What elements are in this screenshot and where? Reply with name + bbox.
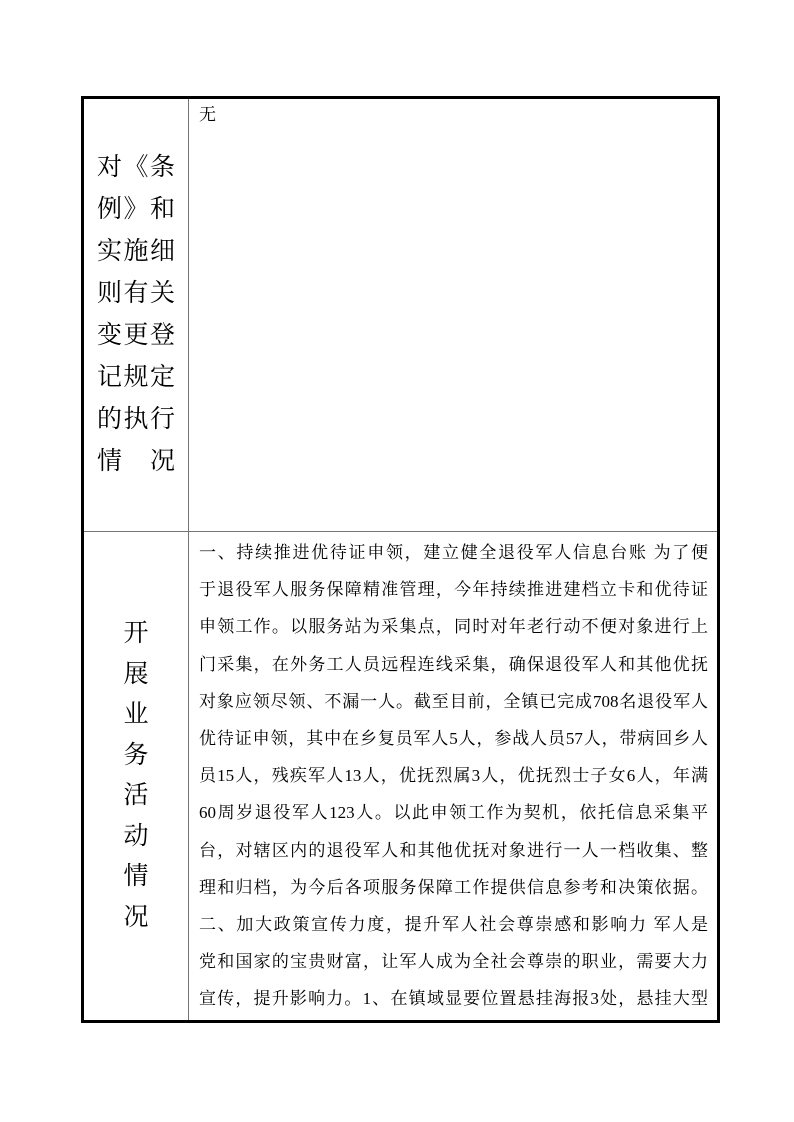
regulation-label-cell: 对《条 例》和 实施细 则有关 变更登 记规定 的执行 情况 bbox=[84, 99, 189, 532]
document-page: 对《条 例》和 实施细 则有关 变更登 记规定 的执行 情况 无 开 展 业 务… bbox=[0, 0, 794, 1122]
regulation-label-line: 记规定 bbox=[97, 357, 175, 399]
content-line: 对象应领尽领、不漏一人。截至目前，全镇已完成708名退役军人 bbox=[199, 683, 708, 720]
content-line: 一、持续推进优待证申领，建立健全退役军人信息台账 为了便 bbox=[199, 534, 708, 571]
regulation-label: 对《条 例》和 实施细 则有关 变更登 记规定 的执行 情况 bbox=[97, 147, 175, 483]
business-label-char: 务 bbox=[97, 736, 175, 777]
regulation-content-text: 无 bbox=[199, 103, 708, 126]
business-label-char: 开 bbox=[97, 614, 175, 655]
content-line: 台，对辖区内的退役军人和其他优抚对象进行一人一档收集、整 bbox=[199, 832, 708, 869]
report-table: 对《条 例》和 实施细 则有关 变更登 记规定 的执行 情况 无 开 展 业 务… bbox=[81, 96, 720, 1023]
business-label-char: 情 bbox=[97, 857, 175, 898]
business-label-char: 活 bbox=[97, 776, 175, 817]
business-label-char: 况 bbox=[97, 898, 175, 939]
business-label: 开 展 业 务 活 动 情 况 bbox=[97, 614, 175, 938]
content-line: 党和国家的宝贵财富，让军人成为全社会尊崇的职业，需要大力 bbox=[199, 943, 708, 980]
regulation-label-line: 则有关 bbox=[97, 273, 175, 315]
content-line: 宣传，提升影响力。1、在镇域显要位置悬挂海报3处，悬挂大型 bbox=[199, 980, 708, 1017]
regulation-label-line: 情况 bbox=[97, 441, 175, 483]
content-line: 优待证申领，其中在乡复员军人5人，参战人员57人，带病回乡人 bbox=[199, 720, 708, 757]
content-line: 员15人，残疾军人13人，优抚烈属3人，优抚烈士子女6人，年满 bbox=[199, 757, 708, 794]
regulation-label-line: 例》和 bbox=[97, 189, 175, 231]
content-line: 60周岁退役军人123人。以此申领工作为契机，依托信息采集平 bbox=[199, 794, 708, 831]
regulation-label-line: 变更登 bbox=[97, 315, 175, 357]
content-line: 于退役军人服务保障精准管理，今年持续推进建档立卡和优待证 bbox=[199, 571, 708, 608]
business-content-cell: 一、持续推进优待证申领，建立健全退役军人信息台账 为了便 于退役军人服务保障精准… bbox=[189, 532, 717, 1020]
business-label-char: 动 bbox=[97, 817, 175, 858]
business-label-char: 业 bbox=[97, 695, 175, 736]
content-line: 申领工作。以服务站为采集点，同时对年老行动不便对象进行上 bbox=[199, 608, 708, 645]
content-line: 理和归档，为今后各项服务保障工作提供信息参考和决策依据。 bbox=[199, 869, 708, 906]
business-label-char: 展 bbox=[97, 655, 175, 696]
content-line: 二、加大政策宣传力度，提升军人社会尊崇感和影响力 军人是 bbox=[199, 906, 708, 943]
regulation-label-line: 实施细 bbox=[97, 231, 175, 273]
regulation-content-cell: 无 bbox=[189, 99, 717, 532]
regulation-label-line: 的执行 bbox=[97, 399, 175, 441]
business-label-cell: 开 展 业 务 活 动 情 况 bbox=[84, 532, 189, 1020]
content-line: 门采集，在外务工人员远程连线采集，确保退役军人和其他优抚 bbox=[199, 646, 708, 683]
regulation-label-line: 对《条 bbox=[97, 147, 175, 189]
